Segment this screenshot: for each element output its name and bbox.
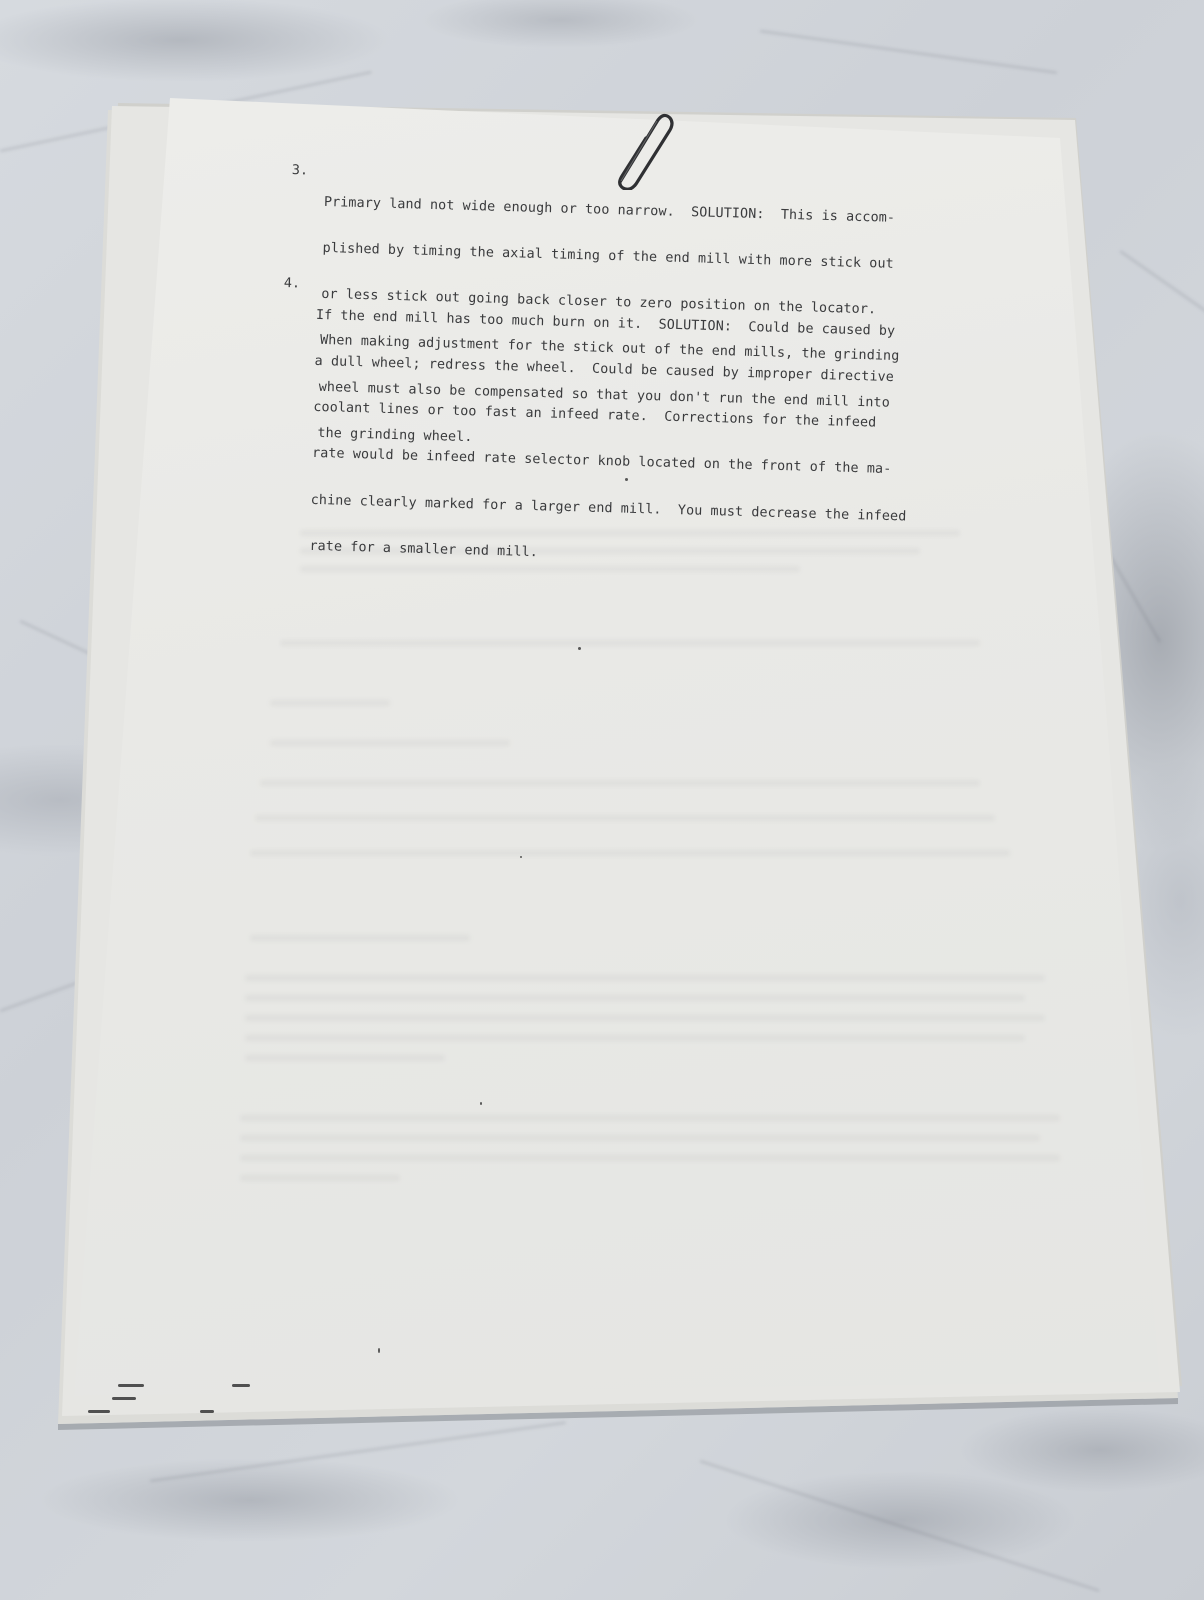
text-line: coolant lines or too fast an infeed rate… xyxy=(313,400,909,432)
paper-speck xyxy=(578,647,581,650)
text-line: Primary land not wide enough or too narr… xyxy=(324,195,904,227)
paper-speck xyxy=(480,1102,482,1105)
text-line: rate for a smaller end mill. xyxy=(309,539,905,571)
text-line: rate would be infeed rate selector knob … xyxy=(312,446,908,478)
paper-speck xyxy=(625,478,628,481)
paper-clip-icon xyxy=(608,110,678,190)
text-line: a dull wheel; redress the wheel. Could b… xyxy=(314,354,910,386)
paper-speck xyxy=(378,1348,380,1353)
text-line: plished by timing the axial timing of th… xyxy=(322,241,902,273)
text-line: If the end mill has too much burn on it.… xyxy=(316,308,912,340)
item-text: If the end mill has too much burn on it.… xyxy=(308,277,912,602)
item-number: 4. xyxy=(284,276,301,291)
item-number: 3. xyxy=(292,163,309,178)
document-body: 3. Primary land not wide enough or too n… xyxy=(0,0,1204,1600)
text-line: chine clearly marked for a larger end mi… xyxy=(311,493,907,525)
paper-speck xyxy=(520,856,522,858)
